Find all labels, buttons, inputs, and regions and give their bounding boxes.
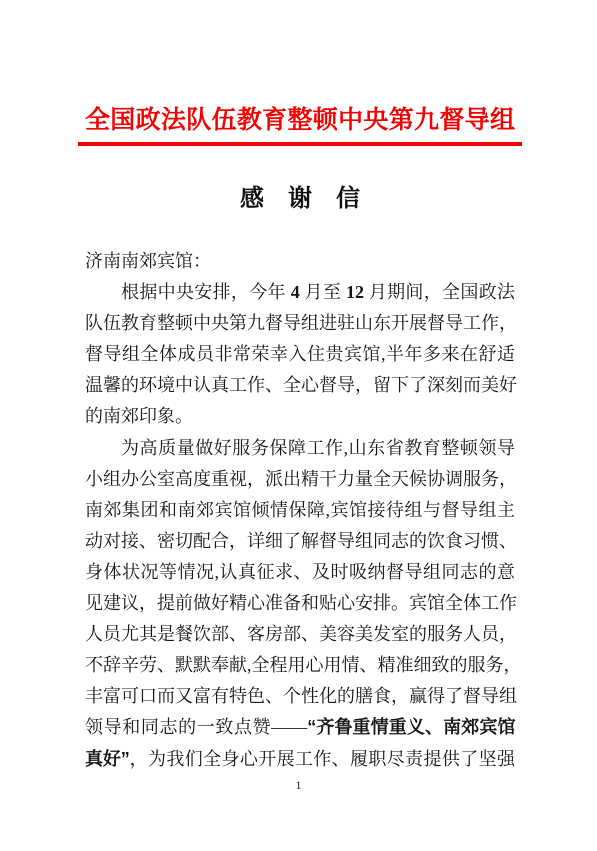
letter-line: 身体状况等情况,认真征求、及时吸纳督导组同志的意: [85, 557, 515, 588]
document-page: 全国政法队伍教育整顿中央第九督导组 感 谢 信 济南南郊宾馆：根据中央安排，今年…: [0, 0, 597, 851]
header-underline: [78, 142, 522, 146]
letter-line: 的南郊印象。: [85, 401, 515, 432]
text-segment: 队伍教育整顿中央第九督导组进驻山东开展督导工作，: [85, 313, 517, 333]
text-segment: 督导组全体成员非常荣幸入住贵宾馆,半年多来在舒适: [85, 344, 515, 364]
letter-line: 队伍教育整顿中央第九督导组进驻山东开展督导工作，: [85, 308, 515, 339]
text-segment: 人员尤其是餐饮部、客房部、美容美发室的服务人员，: [85, 624, 517, 644]
text-segment: 丰富可口而又富有特色、个性化的膳食，赢得了督导组: [85, 686, 517, 706]
text-segment: 根据中央安排，今年: [121, 282, 291, 302]
text-segment: 身体状况等情况,认真征求、及时吸纳督导组同志的意: [85, 562, 515, 582]
text-segment: 真好”: [85, 749, 129, 769]
page-number: 1: [0, 777, 597, 793]
letter-line: 真好”，为我们全身心开展工作、履职尽责提供了坚强: [85, 744, 515, 775]
letter-line: 动对接、密切配合，详细了解督导组同志的饮食习惯、: [85, 526, 515, 557]
text-segment: 月期间，全国政法: [364, 282, 515, 302]
letter-line: 南郊集团和南郊宾馆倾情保障,宾馆接待组与督导组主: [85, 495, 515, 526]
letter-line: 小组办公室高度重视，派出精干力量全天候协调服务，: [85, 464, 515, 495]
letter-title: 感 谢 信: [85, 183, 515, 216]
text-segment: 见建议，提前做好精心准备和贴心安排。宾馆全体工作: [85, 593, 517, 613]
letter-line: 人员尤其是餐饮部、客房部、美容美发室的服务人员，: [85, 619, 515, 650]
letter-line: 领导和同志的一致点赞——“齐鲁重情重义、南郊宾馆: [85, 712, 515, 743]
letter-line: 不辞辛劳、默默奉献,全程用心用情、精准细致的服务，: [85, 650, 515, 681]
letter-line: 为高质量做好服务保障工作,山东省教育整顿领导: [85, 433, 515, 464]
text-segment: 的南郊印象。: [85, 406, 193, 426]
text-segment: 为高质量做好服务保障工作,山东省教育整顿领导: [121, 438, 515, 458]
letter-line: 丰富可口而又富有特色、个性化的膳食，赢得了督导组: [85, 681, 515, 712]
letter-body: 济南南郊宾馆：根据中央安排，今年 4 月至 12 月期间，全国政法队伍教育整顿中…: [85, 246, 515, 775]
text-segment: 动对接、密切配合，详细了解督导组同志的饮食习惯、: [85, 531, 517, 551]
text-segment: “齐鲁重情重义、南郊宾馆: [307, 717, 515, 737]
text-segment: 济南南郊宾馆：: [85, 251, 211, 271]
text-segment: 不辞辛劳、默默奉献,全程用心用情、精准细致的服务，: [85, 655, 522, 675]
text-segment: 12: [346, 282, 364, 302]
document-header-title: 全国政法队伍教育整顿中央第九督导组: [85, 103, 515, 139]
document-content: 全国政法队伍教育整顿中央第九督导组 感 谢 信 济南南郊宾馆：根据中央安排，今年…: [85, 103, 515, 775]
text-segment: 南郊集团和南郊宾馆倾情保障,宾馆接待组与督导组主: [85, 500, 515, 520]
salutation: 济南南郊宾馆：: [85, 246, 515, 277]
letter-line: 温馨的环境中认真工作、全心督导，留下了深刻而美好: [85, 370, 515, 401]
text-segment: 4: [291, 282, 300, 302]
letter-line: 见建议，提前做好精心准备和贴心安排。宾馆全体工作: [85, 588, 515, 619]
text-segment: 小组办公室高度重视，派出精干力量全天候协调服务，: [85, 469, 517, 489]
letter-line: 根据中央安排，今年 4 月至 12 月期间，全国政法: [85, 277, 515, 308]
text-segment: ，为我们全身心开展工作、履职尽责提供了坚强: [129, 749, 515, 769]
text-segment: 温馨的环境中认真工作、全心督导，留下了深刻而美好: [85, 375, 517, 395]
text-segment: 领导和同志的一致点赞——: [85, 717, 307, 737]
text-segment: 月至: [300, 282, 346, 302]
letter-line: 督导组全体成员非常荣幸入住贵宾馆,半年多来在舒适: [85, 339, 515, 370]
